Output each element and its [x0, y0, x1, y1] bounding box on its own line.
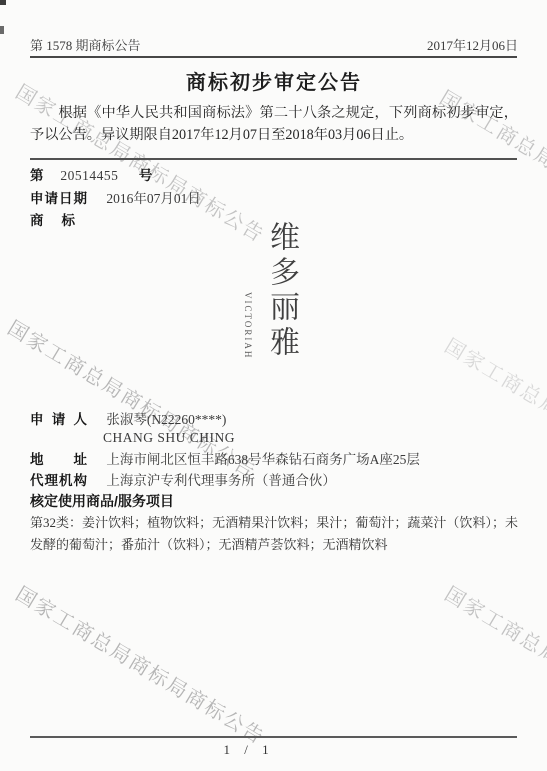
application-date-label: 申请日期 [30, 187, 87, 207]
agency-value: 上海京沪专利代理事务所（普通合伙） [106, 473, 336, 488]
page-number-total: 1 [262, 742, 269, 757]
mark-label: 商标 [30, 209, 75, 229]
gazette-issue: 第 1578 期商标公告 [30, 35, 141, 54]
address-label: 地址 [30, 448, 87, 468]
document-content: 第 1578 期商标公告 2017年12月06日 商标初步审定公告 根据《中华人… [0, 0, 547, 771]
address-row: 地址 上海市闸北区恒丰路638号华森钻石商务广场A座25层 [30, 448, 518, 468]
registration-suffix: 号 [139, 164, 153, 184]
gazette-page: 国家工商总局商标局商标公告 国家工商总局商标局商标公告 国家工商总局商标局商标公… [0, 0, 547, 771]
scan-artifact [0, 26, 4, 34]
applicant-name: 张淑琴(N22260****) [106, 412, 226, 427]
header-divider [30, 56, 517, 58]
trademark-latin-text: VICTORIAH [243, 292, 253, 359]
scan-artifact [0, 0, 6, 5]
applicant-row: 申请人 张淑琴(N22260****) [30, 408, 518, 428]
registration-prefix: 第 [30, 164, 44, 184]
gazette-date: 2017年12月06日 [427, 35, 518, 54]
page-number-current: 1 [223, 742, 230, 757]
trademark-image: 维多丽雅 [259, 221, 303, 361]
address-value: 上海市闸北区恒丰路638号华森钻石商务广场A座25层 [106, 452, 420, 467]
application-date-row: 申请日期 2016年07月01日 [30, 187, 518, 207]
intro-paragraph: 根据《中华人民共和国商标法》第二十八条之规定，下列商标初步审定，予以公告。异议期… [30, 102, 518, 146]
page-number: 1 / 1 [30, 742, 518, 758]
goods-section-header: 核定使用商品/服务项目 [30, 491, 518, 511]
agency-row: 代理机构 上海京沪专利代理事务所（普通合伙） [30, 469, 518, 489]
registration-number-row: 第 20514455 号 [30, 164, 518, 184]
applicant-name-latin: CHANG SHU CHING [103, 430, 403, 446]
page-header: 第 1578 期商标公告 2017年12月06日 [30, 35, 518, 54]
applicant-label: 申请人 [30, 408, 87, 428]
footer-divider [30, 736, 517, 738]
section-divider [30, 158, 517, 160]
page-title: 商标初步审定公告 [30, 66, 518, 95]
page-number-separator: / [244, 742, 248, 758]
agency-label: 代理机构 [30, 469, 87, 489]
registration-number: 20514455 [60, 168, 118, 183]
goods-list: 第32类：姜汁饮料；植物饮料；无酒精果汁饮料；果汁；葡萄汁；蔬菜汁（饮料）；未发… [30, 512, 518, 555]
application-date-value: 2016年07月01日 [106, 191, 201, 206]
